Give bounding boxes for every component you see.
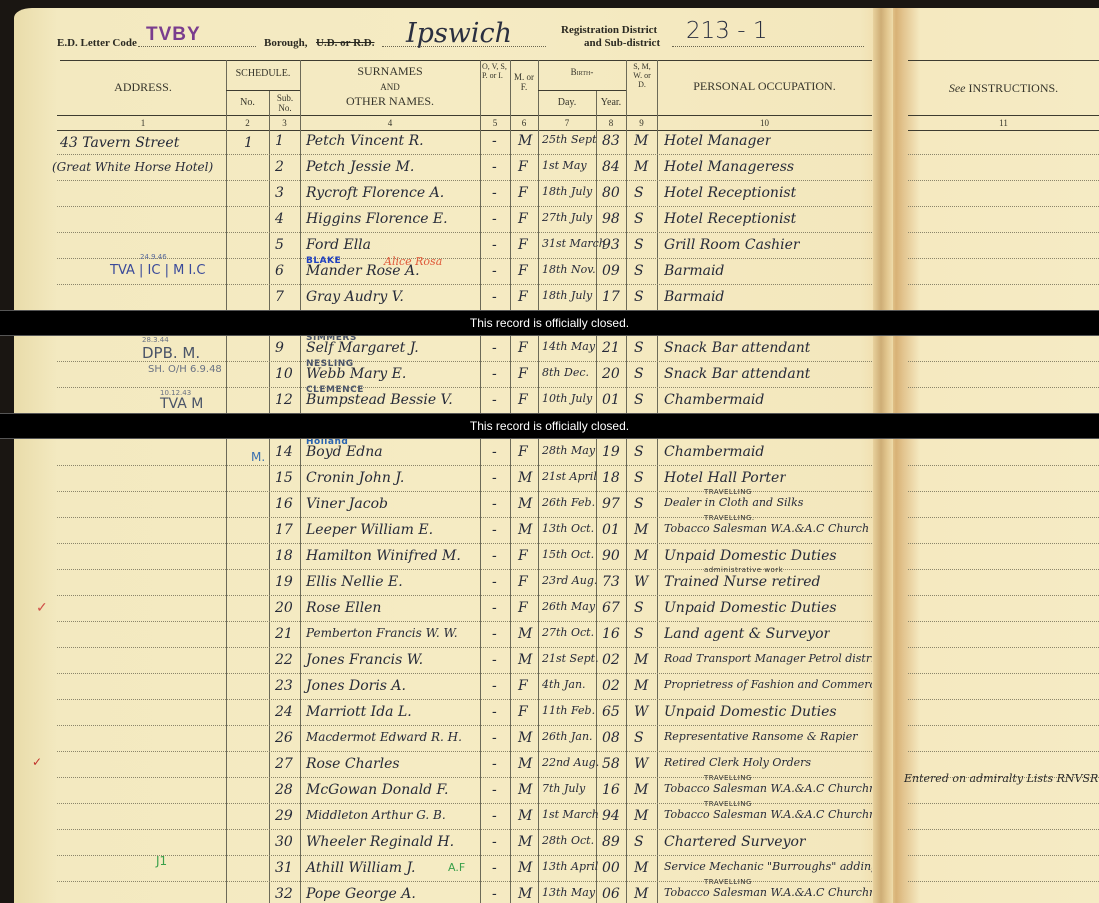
ovspi-value: -	[492, 470, 497, 486]
table-row: 20Rose Ellen-F26th May67SUnpaid Domestic…	[0, 596, 1099, 622]
person-name: Rose Ellen	[306, 600, 381, 616]
occupation: Chartered Surveyor	[664, 834, 806, 850]
sex-value: M	[518, 886, 532, 902]
birth-day: 18th Nov.	[542, 263, 596, 276]
birth-day: 26th Jan.	[542, 730, 593, 743]
ovspi-value: -	[492, 574, 497, 590]
sub-number: 28	[275, 782, 293, 798]
ovspi-value: -	[492, 133, 497, 149]
ovspi-value: -	[492, 860, 497, 876]
birth-day: 8th Dec.	[542, 366, 589, 379]
sub-number: 30	[275, 834, 293, 850]
occupation: Tobacco Salesman W.A.&A.C Churchman	[664, 782, 872, 795]
birth-day: 27th July	[542, 211, 592, 224]
birth-year: 19	[602, 444, 620, 460]
borough-struck: U.D. or R.D.	[316, 37, 374, 49]
margin-annotation-row12-date: 10.12.43	[160, 389, 191, 397]
ovspi-value: -	[492, 289, 497, 305]
birth-day: 13th Oct.	[542, 522, 594, 535]
occupation: Snack Bar attendant	[664, 366, 810, 382]
birth-year: 01	[602, 522, 620, 538]
red-tick-icon: ✓	[32, 755, 42, 770]
col-birth: Birth-	[538, 67, 626, 77]
occupation: Chambermaid	[664, 444, 764, 460]
sub-number: 14	[275, 444, 293, 460]
birth-year: 84	[602, 159, 620, 175]
birth-year: 16	[602, 782, 620, 798]
forename-correction: Alice Rosa	[384, 255, 442, 268]
marital-status: S	[634, 340, 644, 356]
margin-annotation-row9-date: 28.3.44	[142, 336, 169, 344]
occupation: Representative Ransome & Rapier	[664, 730, 858, 743]
table-row: 23Jones Doris A.-F4th Jan.02MProprietres…	[0, 674, 1099, 700]
birth-day: 4th Jan.	[542, 678, 586, 691]
marital-status: M	[634, 159, 648, 175]
col-num-7: 7	[538, 118, 596, 128]
occupation: Hotel Hall Porter	[664, 470, 786, 486]
table-row: 2Petch Jessie M.-F1st May84MHotel Manage…	[0, 155, 1099, 181]
occupation: Service Mechanic "Burroughs" adding mach…	[664, 860, 872, 873]
table-row: 26Macdermot Edward R. H.-M26th Jan.08SRe…	[0, 726, 1099, 752]
col-num-11: 11	[908, 118, 1099, 128]
person-name: Higgins Florence E.	[306, 211, 448, 227]
person-name: Jones Francis W.	[306, 652, 423, 668]
sex-value: M	[518, 626, 532, 642]
person-name: McGowan Donald F.	[306, 782, 448, 798]
ovspi-value: -	[492, 886, 497, 902]
marital-status: W	[634, 574, 648, 590]
occupation: Road Transport Manager Petrol distribute…	[664, 652, 872, 665]
col-num-2: 2	[226, 118, 269, 128]
birth-year: 80	[602, 185, 620, 201]
birth-year: 67	[602, 600, 620, 616]
schedule-sub-rule	[226, 90, 300, 91]
ovspi-value: -	[492, 185, 497, 201]
birth-day: 21st April	[542, 470, 597, 483]
sub-number: 26	[275, 730, 293, 746]
occupation: Hotel Receptionist	[664, 185, 796, 201]
sex-value: F	[518, 237, 528, 253]
person-name: Cronin John J.	[306, 470, 404, 486]
birth-day: 1st May	[542, 159, 587, 172]
col-schedule-no: No.	[226, 97, 269, 109]
occupation: Land agent & Surveyor	[664, 626, 830, 642]
sex-value: F	[518, 392, 528, 408]
birth-day: 22nd Aug.	[542, 756, 599, 769]
person-name: Athill William J.	[306, 860, 416, 876]
col-ovspi: O, V, S, P. or I.	[482, 62, 508, 80]
marital-status: S	[634, 211, 644, 227]
col-sex: M. or F.	[512, 72, 536, 93]
marital-status: S	[634, 600, 644, 616]
birth-day: 21st Sept.	[542, 652, 599, 665]
marital-status: S	[634, 626, 644, 642]
ovspi-value: -	[492, 704, 497, 720]
sub-number: 21	[275, 626, 293, 642]
ovspi-value: -	[492, 392, 497, 408]
sex-value: F	[518, 366, 528, 382]
person-name: Wheeler Reginald H.	[306, 834, 454, 850]
margin-annotation-row6-date: 24.9.46	[140, 253, 167, 261]
table-row: 29Middleton Arthur G. B.-M1st March94MTo…	[0, 804, 1099, 830]
sex-value: M	[518, 652, 532, 668]
sex-value: M	[518, 808, 532, 824]
marital-status: S	[634, 496, 644, 512]
birth-year: 08	[602, 730, 620, 746]
ovspi-value: -	[492, 340, 497, 356]
sex-value: M	[518, 782, 532, 798]
occupation-note: administrative work	[704, 566, 783, 574]
borough-label: Borough,	[264, 37, 308, 49]
birth-day: 10th July	[542, 392, 592, 405]
sub-number: 32	[275, 886, 293, 902]
sex-value: F	[518, 600, 528, 616]
birth-year: 09	[602, 263, 620, 279]
col-num-8: 8	[596, 118, 626, 128]
col-instructions-label: INSTRUCTIONS.	[968, 81, 1058, 95]
sex-value: F	[518, 548, 528, 564]
birth-year: 73	[602, 574, 620, 590]
birth-day: 26th Feb.	[542, 496, 595, 509]
registration-label-1: Registration District	[561, 24, 657, 36]
sex-value: F	[518, 263, 528, 279]
marital-status: S	[634, 444, 644, 460]
margin-annotation-row12: TVA M	[160, 396, 203, 412]
sub-number: 17	[275, 522, 293, 538]
margin-annotation-row14: M.	[251, 450, 265, 464]
sub-number: 1	[275, 133, 284, 149]
birth-day: 15th Oct.	[542, 548, 594, 561]
sub-number: 18	[275, 548, 293, 564]
ovspi-value: -	[492, 211, 497, 227]
sub-number: 19	[275, 574, 293, 590]
ovspi-value: -	[492, 678, 497, 694]
sub-number: 22	[275, 652, 293, 668]
birth-year: 20	[602, 366, 620, 382]
col-num-5: 5	[480, 118, 510, 128]
ovspi-value: -	[492, 834, 497, 850]
birth-day: 18th July	[542, 289, 592, 302]
birth-year: 83	[602, 133, 620, 149]
col-occupation: PERSONAL OCCUPATION.	[657, 80, 872, 94]
ovspi-value: -	[492, 159, 497, 175]
ovspi-value: -	[492, 782, 497, 798]
ovspi-value: -	[492, 600, 497, 616]
marital-status: S	[634, 185, 644, 201]
occupation: Hotel Manager	[664, 133, 771, 149]
person-name: Jones Doris A.	[306, 678, 406, 694]
person-name: Macdermot Edward R. H.	[306, 730, 462, 744]
col-surnames-2: AND	[300, 82, 480, 92]
birth-day: 1st March	[542, 808, 599, 821]
birth-day: 23rd Aug.	[542, 574, 597, 587]
birth-day: 31st March	[542, 237, 606, 250]
col-num-9: 9	[626, 118, 657, 128]
col-instructions: See INSTRUCTIONS.	[908, 82, 1099, 96]
sub-number: 9	[275, 340, 284, 356]
occupation: Unpaid Domestic Duties	[664, 600, 837, 616]
birth-day: 11th Feb.	[542, 704, 595, 717]
sub-number: 6	[275, 263, 284, 279]
table-row: 15Cronin John J.-M21st April18SHotel Hal…	[0, 466, 1099, 492]
birth-year: 02	[602, 678, 620, 694]
ovspi-value: -	[492, 730, 497, 746]
birth-day: 13th April	[542, 860, 598, 873]
table-row: 32Pope George A.-M13th May06MTobacco Sal…	[0, 882, 1099, 903]
table-row: 16Viner Jacob-M26th Feb.97SDealer in Clo…	[0, 492, 1099, 518]
marital-status: M	[634, 782, 648, 798]
marital-status: M	[634, 548, 648, 564]
person-name: Viner Jacob	[306, 496, 388, 512]
ovspi-value: -	[492, 626, 497, 642]
birth-year: 58	[602, 756, 620, 772]
occupation: Tobacco Salesman W.A.&A.C Churchman	[664, 808, 872, 821]
occupation-note: TRAVELLING.	[704, 514, 755, 522]
sub-number: 15	[275, 470, 293, 486]
occupation: Barmaid	[664, 263, 724, 279]
col-address: ADDRESS.	[60, 81, 226, 95]
ovspi-value: -	[492, 496, 497, 512]
closed-record-bar: This record is officially closed.	[0, 310, 1099, 336]
person-name: Rose Charles	[306, 756, 400, 772]
sex-value: M	[518, 133, 532, 149]
red-tick-icon: ✓	[36, 600, 48, 617]
birth-year: 00	[602, 860, 620, 876]
occupation: Hotel Receptionist	[664, 211, 796, 227]
occupation: Trained Nurse retired	[664, 574, 820, 590]
sub-number: 7	[275, 289, 284, 305]
person-name: Pemberton Francis W. W.	[306, 626, 458, 640]
birth-day: 13th May	[542, 886, 595, 899]
green-annotation: A.F	[448, 861, 465, 874]
occupation: Proprietress of Fashion and Commercial S…	[664, 678, 872, 691]
person-name: Petch Jessie M.	[306, 159, 414, 175]
table-row: 18Hamilton Winifred M.-F15th Oct.90MUnpa…	[0, 544, 1099, 570]
person-name: Hamilton Winifred M.	[306, 548, 461, 564]
sub-number: 16	[275, 496, 293, 512]
occupation-note: TRAVELLING	[704, 774, 752, 782]
borough-value: Ipswich	[406, 18, 512, 49]
occupation: Unpaid Domestic Duties	[664, 704, 837, 720]
marital-status: M	[634, 886, 648, 902]
sex-value: F	[518, 159, 528, 175]
sub-number: 4	[275, 211, 284, 227]
person-name: Rycroft Florence A.	[306, 185, 444, 201]
sex-value: M	[518, 522, 532, 538]
col-num-6: 6	[510, 118, 538, 128]
remarks-row28: Entered on admiralty Lists RNVSR. Ref N.…	[904, 772, 1099, 785]
birth-year: 94	[602, 808, 620, 824]
margin-annotation-row6: TVA | IC | M I.C	[110, 263, 206, 278]
marital-status: S	[634, 730, 644, 746]
col-surnames-3: OTHER NAMES.	[300, 95, 480, 109]
marital-status: S	[634, 237, 644, 253]
sex-value: M	[518, 860, 532, 876]
sex-value: F	[518, 574, 528, 590]
occupation-note: TRAVELLING	[704, 800, 752, 808]
sub-number: 12	[275, 392, 293, 408]
margin-annotation-row9: DPB. M.	[142, 344, 200, 362]
sex-value: F	[518, 704, 528, 720]
col-instructions-see: See	[949, 81, 966, 95]
ovspi-value: -	[492, 756, 497, 772]
registration-value: 213 - 1	[686, 18, 767, 44]
birth-day: 14th May	[542, 340, 595, 353]
marital-status: W	[634, 756, 648, 772]
birth-year: 18	[602, 470, 620, 486]
person-name: Gray Audry V.	[306, 289, 404, 305]
sex-value: F	[518, 678, 528, 694]
ovspi-value: -	[492, 652, 497, 668]
birth-year: 16	[602, 626, 620, 642]
margin-annotation-row10: SH. O/H 6.9.48	[148, 364, 222, 375]
sub-number: 3	[275, 185, 284, 201]
col-birth-day: Day.	[538, 97, 596, 109]
person-name: Pope George A.	[306, 886, 416, 902]
sex-value: M	[518, 834, 532, 850]
col-num-4: 4	[300, 118, 480, 128]
marital-status: M	[634, 678, 648, 694]
sex-value: F	[518, 185, 528, 201]
birth-year: 65	[602, 704, 620, 720]
sex-value: M	[518, 730, 532, 746]
col-schedule: SCHEDULE.	[226, 68, 300, 80]
ed-letter-code-label: E.D. Letter Code	[57, 37, 137, 49]
sex-value: F	[518, 211, 528, 227]
sub-number: 5	[275, 237, 284, 253]
table-row: 30Wheeler Reginald H.-M28th Oct.89SChart…	[0, 830, 1099, 856]
header-mid-rule-right	[908, 115, 1099, 116]
col-num-10: 10	[657, 118, 872, 128]
marital-status: M	[634, 808, 648, 824]
col-status: S, M, W. or D.	[630, 62, 654, 90]
header-top-rule-right	[908, 60, 1099, 61]
person-name: Middleton Arthur G. B.	[306, 808, 446, 822]
occupation: Snack Bar attendant	[664, 340, 810, 356]
birth-year: 21	[602, 340, 620, 356]
occupation: Barmaid	[664, 289, 724, 305]
birth-year: 06	[602, 886, 620, 902]
marital-status: M	[634, 133, 648, 149]
person-name: Marriott Ida L.	[306, 704, 412, 720]
marital-status: M	[634, 652, 648, 668]
marital-status: S	[634, 289, 644, 305]
table-row: 24Marriott Ida L.-F11th Feb.65WUnpaid Do…	[0, 700, 1099, 726]
birth-day: 7th July	[542, 782, 585, 795]
sub-number: 20	[275, 600, 293, 616]
birth-year: 93	[602, 237, 620, 253]
ovspi-value: -	[492, 522, 497, 538]
col-num-3: 3	[269, 118, 300, 128]
occupation: Unpaid Domestic Duties	[664, 548, 837, 564]
sex-value: M	[518, 470, 532, 486]
marital-status: M	[634, 522, 648, 538]
col-surnames-1: SURNAMES	[300, 65, 480, 79]
birth-day: 26th May	[542, 600, 595, 613]
birth-year: 17	[602, 289, 620, 305]
person-name: Petch Vincent R.	[306, 133, 424, 149]
table-row: 4Higgins Florence E.-F27th July98SHotel …	[0, 207, 1099, 233]
person-name: Ellis Nellie E.	[306, 574, 403, 590]
surname-correction: CLEMENCE	[306, 385, 364, 395]
birth-year: 01	[602, 392, 620, 408]
occupation: Grill Room Cashier	[664, 237, 800, 253]
occupation: Dealer in Cloth and Silks	[664, 496, 803, 509]
sub-number: 31	[275, 860, 293, 876]
person-name: Ford Ella	[306, 237, 371, 253]
closed-record-bar: This record is officially closed.	[0, 413, 1099, 439]
birth-day: 28th May	[542, 444, 595, 457]
table-row: 1Petch Vincent R.-M25th Sept83MHotel Man…	[0, 129, 1099, 155]
birth-day: 28th Oct.	[542, 834, 594, 847]
table-row: 22Jones Francis W.-M21st Sept.02MRoad Tr…	[0, 648, 1099, 674]
registration-dotline	[672, 46, 864, 47]
ed-letter-code-stamp: TVBY	[146, 24, 201, 46]
col-num-1: 1	[60, 118, 226, 128]
marital-status: S	[634, 470, 644, 486]
birth-day: 18th July	[542, 185, 592, 198]
sub-number: 27	[275, 756, 293, 772]
header-mid-rule	[57, 115, 872, 116]
ed-code-dotline	[138, 46, 256, 47]
table-row: 21Pemberton Francis W. W.-M27th Oct.16SL…	[0, 622, 1099, 648]
ovspi-value: -	[492, 808, 497, 824]
birth-day: 27th Oct.	[542, 626, 594, 639]
birth-day: 25th Sept	[542, 133, 597, 146]
birth-sub-rule	[538, 90, 626, 91]
col-schedule-sub: Sub. No.	[271, 93, 299, 114]
marital-status: S	[634, 834, 644, 850]
marital-status: S	[634, 366, 644, 382]
sex-value: M	[518, 496, 532, 512]
table-row: 3Rycroft Florence A.-F18th July80SHotel …	[0, 181, 1099, 207]
sex-value: F	[518, 444, 528, 460]
occupation: Hotel Manageress	[664, 159, 794, 175]
ovspi-value: -	[492, 366, 497, 382]
ovspi-value: -	[492, 444, 497, 460]
occupation: Chambermaid	[664, 392, 764, 408]
ovspi-value: -	[492, 237, 497, 253]
ovspi-value: -	[492, 548, 497, 564]
sub-number: 24	[275, 704, 293, 720]
occupation-note: TRAVELLING	[704, 878, 752, 886]
registration-label-2: and Sub-district	[584, 37, 660, 49]
birth-year: 97	[602, 496, 620, 512]
surname-correction: NESLING	[306, 359, 354, 369]
header-top-rule	[60, 60, 872, 61]
sub-number: 23	[275, 678, 293, 694]
marital-status: M	[634, 860, 648, 876]
sex-value: F	[518, 289, 528, 305]
marital-status: W	[634, 704, 648, 720]
person-name: Leeper William E.	[306, 522, 433, 538]
occupation: Tobacco Salesman W.A.&A.C Churchman	[664, 886, 872, 899]
surname-correction: BLAKE	[306, 256, 341, 266]
table-row: 14Boyd Edna-F28th May19SChambermaidHolla…	[0, 440, 1099, 466]
marital-status: S	[634, 392, 644, 408]
sub-number: 10	[275, 366, 293, 382]
margin-annotation-row31: J1	[156, 854, 167, 868]
sub-number: 2	[275, 159, 284, 175]
table-row: 19Ellis Nellie E.-F23rd Aug.73WTrained N…	[0, 570, 1099, 596]
birth-year: 90	[602, 548, 620, 564]
occupation: Retired Clerk Holy Orders	[664, 756, 811, 769]
occupation: Tobacco Salesman W.A.&A.C Church	[664, 522, 869, 535]
sex-value: F	[518, 340, 528, 356]
ovspi-value: -	[492, 263, 497, 279]
birth-year: 02	[602, 652, 620, 668]
sub-number: 29	[275, 808, 293, 824]
